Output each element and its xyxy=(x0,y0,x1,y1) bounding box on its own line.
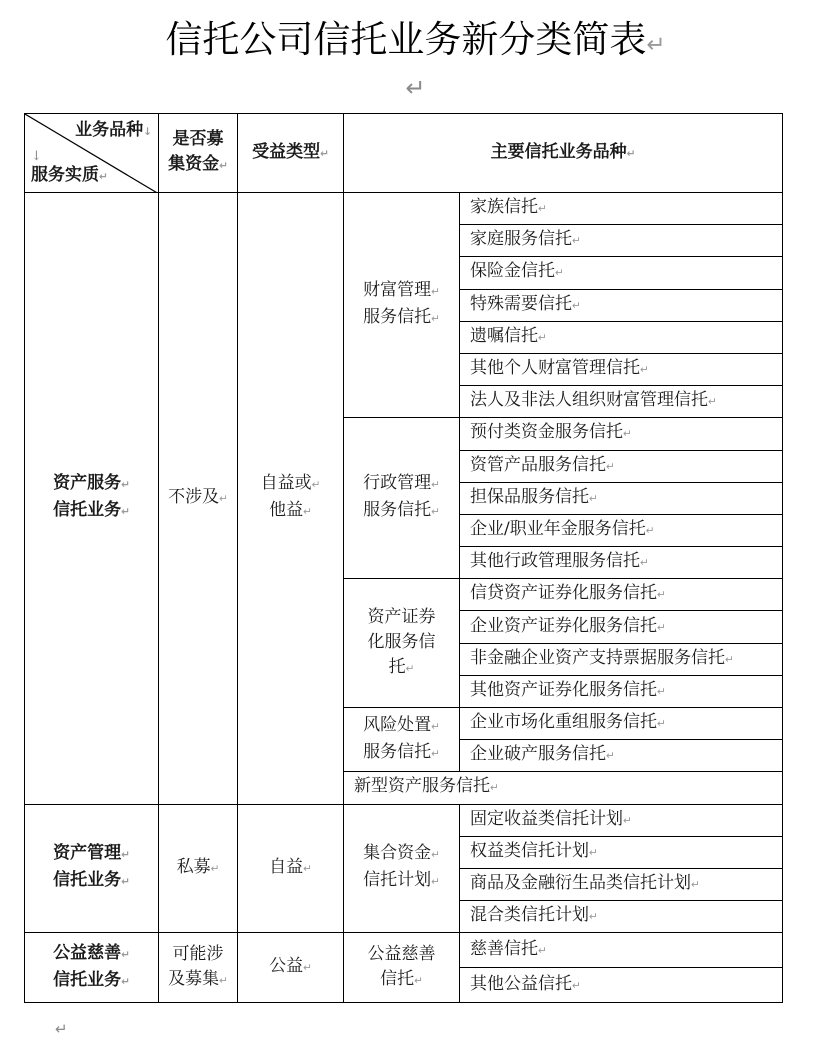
item-credit-securitization-trust: 信贷资产证券化服务信托↵ xyxy=(460,579,783,611)
table-row: 资产管理↵ 信托业务↵ 私募↵ 自益↵ 集合资金↵ 信托计划↵ 固定收益类信托计… xyxy=(25,804,783,836)
table-row: 资产服务↵ 信托业务↵ 不涉及↵ 自益或↵ 他益↵ 财富管理↵ 服务信托↵ 家族… xyxy=(25,193,783,225)
trust-classification-table: 业务品种↓ ↓ 服务实质↵ 是否募 集资金↵ 受益类型↵ 主要信托业务品种↵ 资… xyxy=(24,113,783,1003)
item-prepaid-fund-trust: 预付类资金服务信托↵ xyxy=(460,418,783,450)
item-annuity-trust: 企业/职业年金服务信托↵ xyxy=(460,514,783,546)
header-main-varieties: 主要信托业务品种↵ xyxy=(344,114,783,193)
item-mixed-plan: 混合类信托计划↵ xyxy=(460,901,783,933)
category-wealth-management: 财富管理↵ 服务信托↵ xyxy=(344,193,460,418)
item-fixed-income-plan: 固定收益类信托计划↵ xyxy=(460,804,783,836)
item-restructuring-trust: 企业市场化重组服务信托↵ xyxy=(460,708,783,740)
item-other-personal-wealth-trust: 其他个人财富管理信托↵ xyxy=(460,353,783,385)
header-beneficiary-type: 受益类型↵ xyxy=(238,114,344,193)
trailing-paragraph-mark-icon: ↵ xyxy=(55,1020,68,1038)
beneficiary-asset-management: 自益↵ xyxy=(238,804,344,933)
header-row: 业务品种↓ ↓ 服务实质↵ 是否募 集资金↵ 受益类型↵ 主要信托业务品种↵ xyxy=(25,114,783,193)
item-charitable-trust: 慈善信托↵ xyxy=(460,933,783,968)
service-nature-asset-management: 资产管理↵ 信托业务↵ xyxy=(25,804,159,933)
header-service-nature: 服务实质↵ xyxy=(31,163,108,190)
item-legal-entity-wealth-trust: 法人及非法人组织财富管理信托↵ xyxy=(460,386,783,418)
item-bankruptcy-trust: 企业破产服务信托↵ xyxy=(460,740,783,772)
paragraph-mark-icon: ↵ xyxy=(646,32,665,58)
category-securitization: 资产证券 化服务信 托↵ xyxy=(344,579,460,708)
item-equity-plan: 权益类信托计划↵ xyxy=(460,836,783,868)
item-other-securitization-trust: 其他资产证券化服务信托↵ xyxy=(460,675,783,707)
item-special-needs-trust: 特殊需要信托↵ xyxy=(460,289,783,321)
header-fundraising: 是否募 集资金↵ xyxy=(159,114,238,193)
item-family-trust: 家族信托↵ xyxy=(460,193,783,225)
service-nature-asset-service: 资产服务↵ 信托业务↵ xyxy=(25,193,159,805)
item-enterprise-securitization-trust: 企业资产证券化服务信托↵ xyxy=(460,611,783,643)
category-administrative-management: 行政管理↵ 服务信托↵ xyxy=(344,418,460,579)
fundraising-asset-service: 不涉及↵ xyxy=(159,193,238,805)
fundraising-asset-management: 私募↵ xyxy=(159,804,238,933)
item-abn-trust: 非金融企业资产支持票据服务信托↵ xyxy=(460,643,783,675)
item-new-asset-service-trust: 新型资产服务信托↵ xyxy=(344,772,783,804)
item-other-public-welfare-trust: 其他公益信托↵ xyxy=(460,968,783,1003)
document-title: 信托公司信托业务新分类简表↵ xyxy=(0,14,831,71)
item-insurance-trust: 保险金信托↵ xyxy=(460,257,783,289)
fundraising-charity: 可能涉 及募集↵ xyxy=(159,933,238,1003)
item-collateral-trust: 担保品服务信托↵ xyxy=(460,482,783,514)
category-charity-trust: 公益慈善 信托↵ xyxy=(344,933,460,1003)
item-family-service-trust: 家庭服务信托↵ xyxy=(460,225,783,257)
category-collective-fund-plan: 集合资金↵ 信托计划↵ xyxy=(344,804,460,933)
beneficiary-charity: 公益↵ xyxy=(238,933,344,1003)
diagonal-header-cell: 业务品种↓ ↓ 服务实质↵ xyxy=(25,114,159,193)
empty-paragraph-mark-icon: ↵ xyxy=(0,74,831,102)
item-commodity-derivative-plan: 商品及金融衍生品类信托计划↵ xyxy=(460,868,783,900)
category-risk-disposal: 风险处置↵ 服务信托↵ xyxy=(344,708,460,772)
item-asset-product-trust: 资管产品服务信托↵ xyxy=(460,450,783,482)
service-nature-charity: 公益慈善↵ 信托业务↵ xyxy=(25,933,159,1003)
item-testamentary-trust: 遗嘱信托↵ xyxy=(460,321,783,353)
table-row: 公益慈善↵ 信托业务↵ 可能涉 及募集↵ 公益↵ 公益慈善 信托↵ 慈善信托↵ xyxy=(25,933,783,968)
item-other-admin-trust: 其他行政管理服务信托↵ xyxy=(460,547,783,579)
header-business-variety: 业务品种↓ xyxy=(75,118,152,145)
beneficiary-asset-service: 自益或↵ 他益↵ xyxy=(238,193,344,805)
